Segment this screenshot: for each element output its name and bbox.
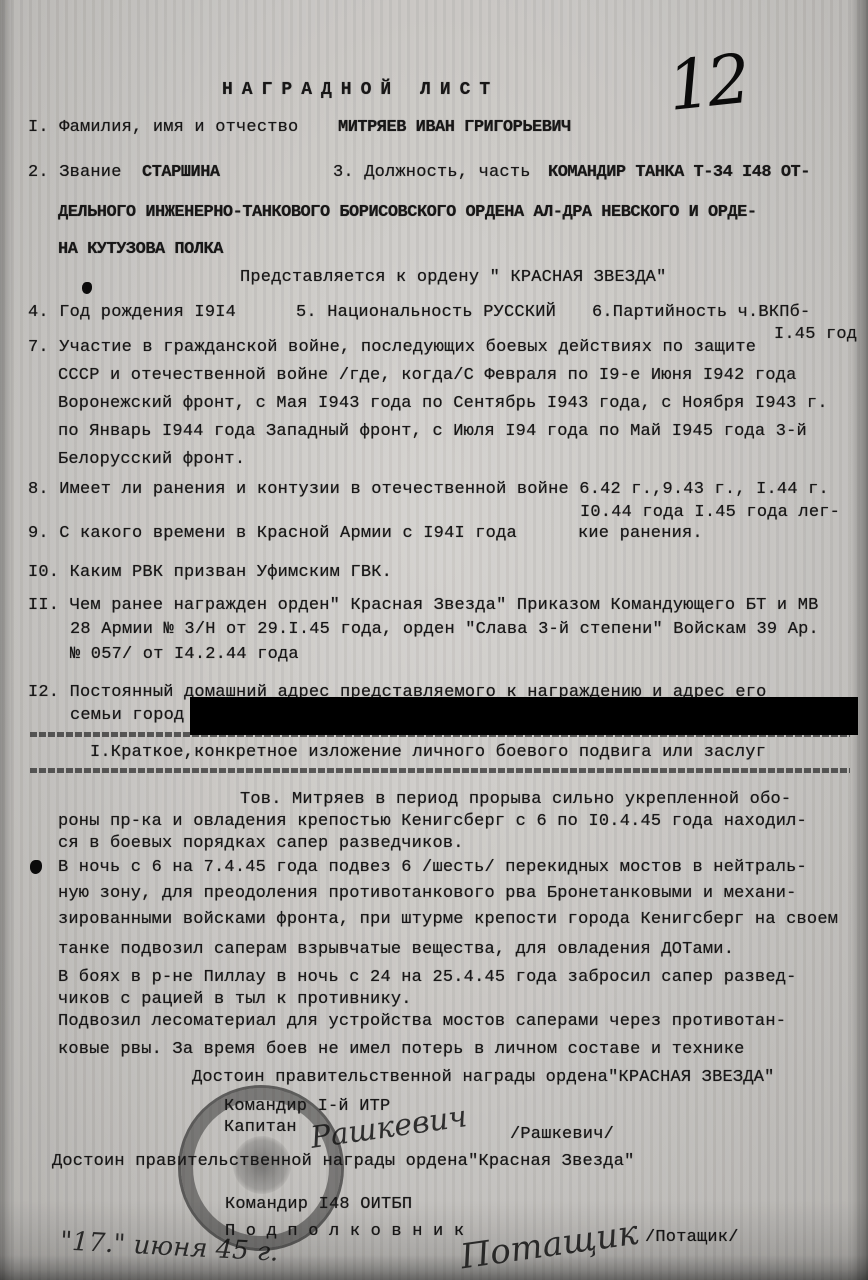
document-page: 12 НАГРАДНОЙ ЛИСТ I. Фамилия, имя и отче…: [0, 0, 868, 1280]
narrative-line-9: чиков с рацией в тыл к противнику.: [58, 990, 412, 1009]
field-8-line-2: I0.44 года I.45 года лег-: [580, 503, 840, 522]
double-rule-bottom: [30, 768, 850, 773]
field-3-position-line-2: ДЕЛЬНОГО ИНЖЕНЕРНО-ТАНКОВОГО БОРИСОВСКОГ…: [58, 203, 757, 222]
field-5-nationality: 5. Национальность РУССКИЙ: [296, 303, 556, 322]
narrative-line-10: Подвозил лесоматериал для устройства мос…: [58, 1012, 786, 1031]
paper-fold-shadow: [0, 1255, 868, 1280]
redaction-bar: [190, 697, 858, 735]
narrative-line-5: ную зону, для преодоления противотанково…: [58, 884, 797, 903]
field-8-line-1: 8. Имеет ли ранения и контузии в отечест…: [28, 480, 829, 499]
field-7-line-4: по Январь I944 года Западный фронт, с Ию…: [58, 422, 807, 441]
field-11-line-1: II. Чем ранее награжден орден" Красная З…: [28, 596, 819, 615]
section-heading: I.Краткое,конкретное изложение личного б…: [90, 743, 766, 762]
field-3-label: 3. Должность, часть: [333, 163, 531, 182]
narrative-line-1: Тов. Митряев в период прорыва сильно укр…: [240, 790, 791, 809]
field-11-line-2: 28 Армии № 3/Н от 29.I.45 года, орден "С…: [70, 620, 819, 639]
field-7-line-5: Белорусский фронт.: [58, 450, 245, 469]
narrative-line-6: зированными войсками фронта, при штурме …: [58, 910, 838, 929]
narrative-line-8: В боях в р-не Пиллау в ночь с 24 на 25.4…: [58, 968, 797, 987]
field-2-rank: СТАРШИНА: [142, 163, 220, 182]
field-7-line-3: Воронежский фронт, с Мая I943 года по Се…: [58, 394, 828, 413]
field-4-birth-year: 4. Год рождения I9I4: [28, 303, 236, 322]
field-1-full-name: МИТРЯЕВ ИВАН ГРИГОРЬЕВИЧ: [338, 118, 571, 137]
narrative-line-7: танке подвозил саперам взрывчатые вещест…: [58, 940, 734, 959]
field-3-position-line-3: НА КУТУЗОВА ПОЛКА: [58, 240, 223, 259]
signer-2-title: Командир I48 ОИТБП: [225, 1195, 412, 1214]
signer-2-name: /Потащик/: [645, 1228, 739, 1247]
narrative-line-11: ковые рвы. За время боев не имел потерь …: [58, 1040, 745, 1059]
field-11-line-3: № 057/ от I4.2.44 года: [70, 645, 299, 664]
field-6-continuation: I.45 год: [774, 325, 857, 344]
field-12-line-2: семьи город: [70, 706, 184, 725]
field-9-army-since: 9. С какого времени в Красной Армии с I9…: [28, 524, 517, 543]
ink-blot: [82, 282, 92, 294]
nominated-for-award: Представляется к ордену " КРАСНАЯ ЗВЕЗДА…: [240, 268, 666, 287]
recommendation-1: Достоин правительственной награды ордена…: [192, 1068, 775, 1087]
handwritten-reference-number: 12: [664, 40, 750, 127]
field-2-label: 2. Звание: [28, 163, 122, 182]
field-7-line-2: СССР и отечественной войне /где, когда/С…: [58, 366, 797, 385]
signer-1-rank: Капитан: [224, 1118, 297, 1137]
field-8-line-3: кие ранения.: [578, 524, 703, 543]
ink-blot: [30, 860, 42, 874]
field-7-line-1: 7. Участие в гражданской войне, последую…: [28, 338, 756, 357]
field-10-conscription: I0. Каким РВК призван Уфимским ГВК.: [28, 563, 392, 582]
field-3-position-line-1: КОМАНДИР ТАНКА Т-34 I48 ОТ-: [548, 163, 810, 182]
document-title: НАГРАДНОЙ ЛИСТ: [222, 80, 499, 100]
recommendation-2: Достоин правительственной награды ордена…: [52, 1152, 635, 1171]
narrative-line-4: В ночь с 6 на 7.4.45 года подвез 6 /шест…: [58, 858, 807, 877]
signer-1-name: /Рашкевич/: [510, 1125, 614, 1144]
narrative-line-2: роны пр-ка и овладения крепостью Кенигсб…: [58, 812, 807, 831]
field-6-party: 6.Партийность ч.ВКПб-: [592, 303, 810, 322]
field-1-label: I. Фамилия, имя и отчество: [28, 118, 298, 137]
narrative-line-3: ся в боевых порядках сапер разведчиков.: [58, 834, 464, 853]
